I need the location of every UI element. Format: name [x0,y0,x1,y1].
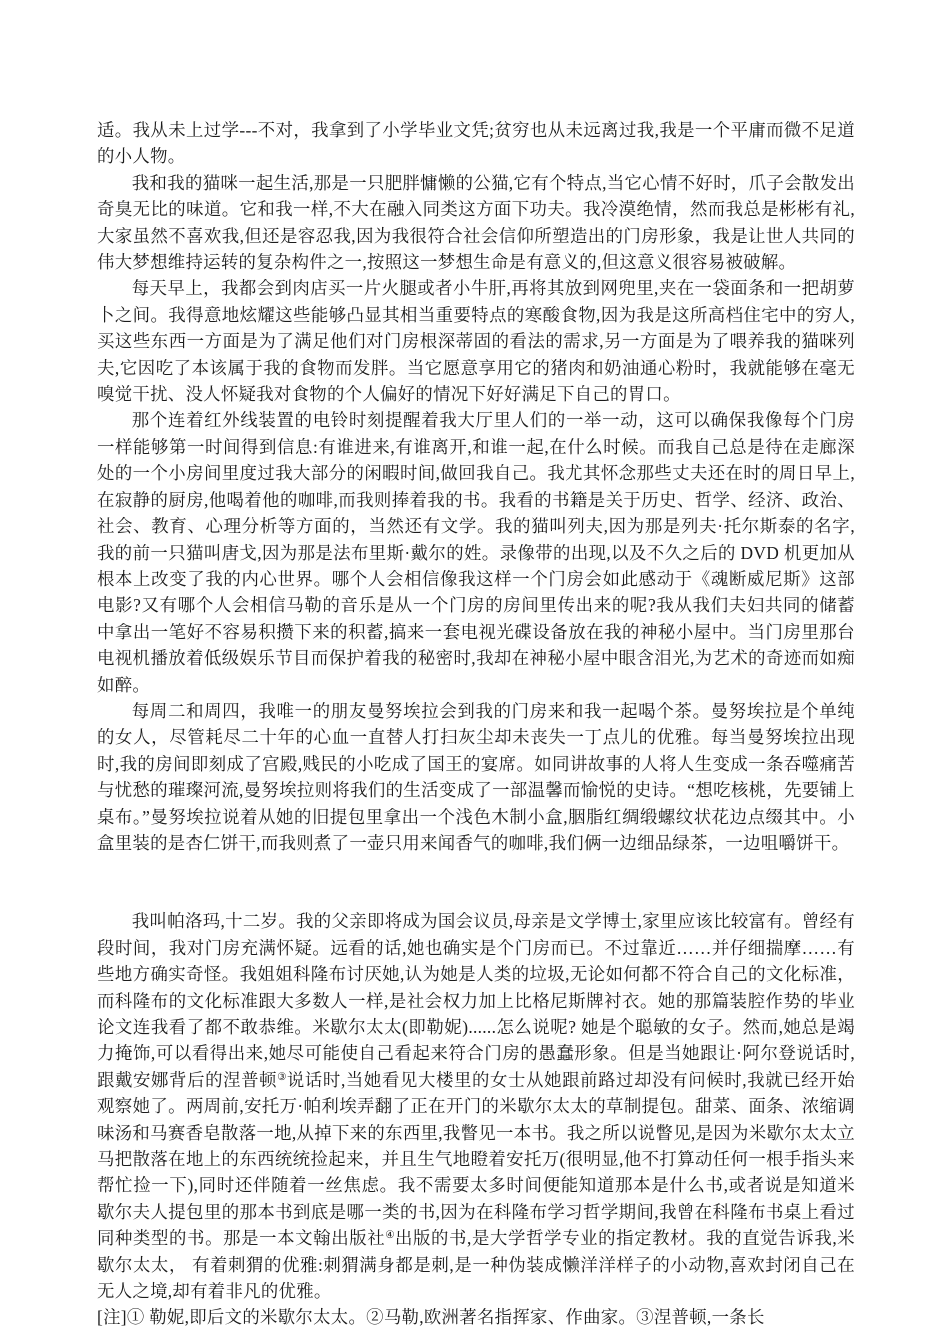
paragraph-6: 我叫帕洛玛,十二岁。我的父亲即将成为国会议员,母亲是文学博士,家里应该比较富有。… [97,908,855,1304]
footnote: [注]① 勒妮,即后文的米歇尔太太。②马勒,欧洲著名指挥家、作曲家。③涅普顿,一… [97,1304,855,1330]
paragraph-5: 每周二和周四，我唯一的朋友曼努埃拉会到我的门房来和我一起喝个茶。曼努埃拉是个单纯… [97,698,855,856]
passage-part-1: 适。我从未上过学---不对，我拿到了小学毕业文凭;贫穷也从未远离过我,我是一个平… [97,117,855,856]
footnote-marker-4: ④ [385,1230,395,1241]
paragraph-1: 适。我从未上过学---不对，我拿到了小学毕业文凭;贫穷也从未远离过我,我是一个平… [97,117,855,170]
document-page: 适。我从未上过学---不对，我拿到了小学毕业文凭;贫穷也从未远离过我,我是一个平… [0,0,950,1344]
footnote-marker-3: ③ [277,1072,287,1083]
paragraph-6-segment-2: 说话时,当她看见大楼里的女士从她跟前路过却没有问候时,我就已经开始观察她了。两周… [97,1070,855,1248]
paragraph-3: 每天早上，我都会到肉店买一片火腿或者小牛肝,再将其放到网兜里,夹在一袋面条和一把… [97,275,855,407]
paragraph-4: 那个连着红外线装置的电铃时刻提醒着我大厅里人们的一举一动，这可以确保我像每个门房… [97,407,855,697]
paragraph-2: 我和我的猫咪一起生活,那是一只肥胖慵懒的公猫,它有个特点,当它心情不好时，爪子会… [97,170,855,276]
paragraph-6-segment-1: 我叫帕洛玛,十二岁。我的父亲即将成为国会议员,母亲是文学博士,家里应该比较富有。… [97,911,855,1089]
passage-part-2: 我叫帕洛玛,十二岁。我的父亲即将成为国会议员,母亲是文学博士,家里应该比较富有。… [97,908,855,1331]
